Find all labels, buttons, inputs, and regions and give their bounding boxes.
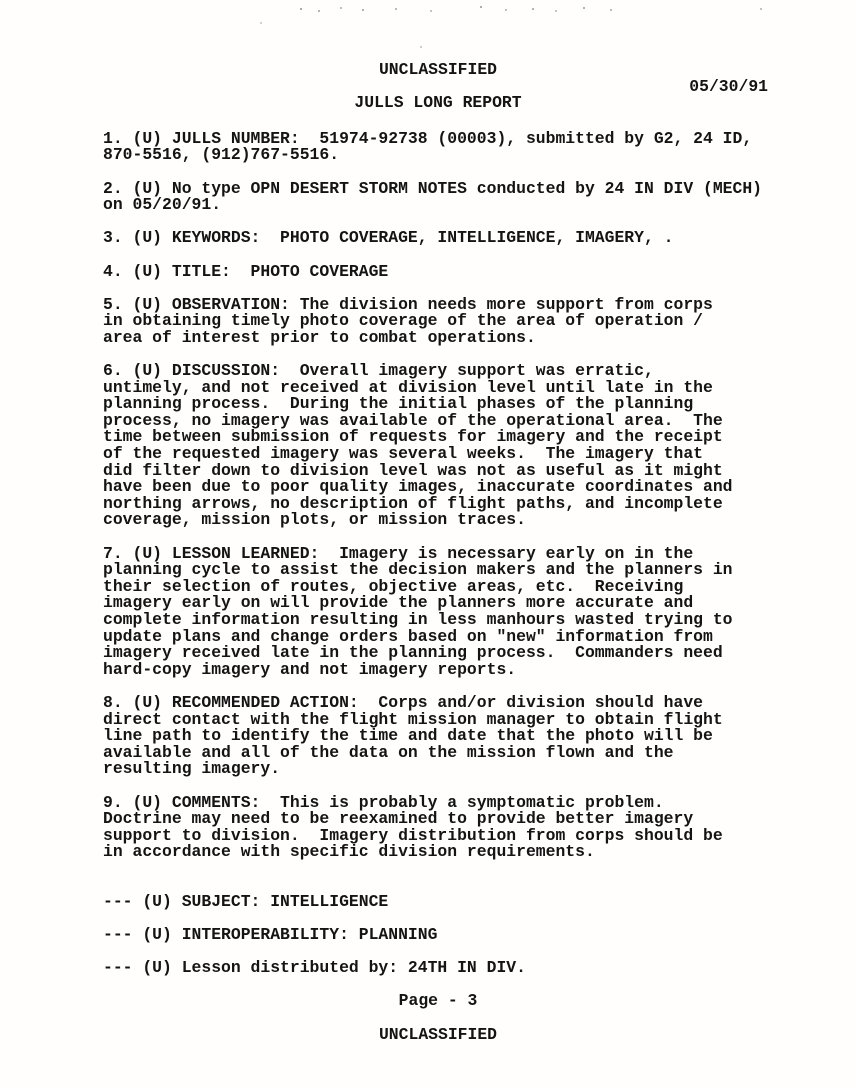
page-number: Page - 3 — [103, 993, 773, 1010]
paragraph-comments: 9. (U) COMMENTS: This is probably a symp… — [103, 795, 773, 861]
classification-banner-bottom: UNCLASSIFIED — [103, 1027, 773, 1044]
paragraph-operation-notes: 2. (U) No type OPN DESERT STORM NOTES co… — [103, 181, 773, 214]
distribution-line-distributed-by: --- (U) Lesson distributed by: 24TH IN D… — [103, 960, 773, 977]
paragraph-julls-number: 1. (U) JULLS NUMBER: 51974-92738 (00003)… — [103, 131, 773, 164]
paragraph-keywords: 3. (U) KEYWORDS: PHOTO COVERAGE, INTELLI… — [103, 230, 773, 247]
distribution-line-interoperability: --- (U) INTEROPERABILITY: PLANNING — [103, 927, 773, 944]
document-page: 05/30/91 UNCLASSIFIED JULLS LONG REPORT … — [0, 0, 856, 1088]
paragraph-recommended-action: 8. (U) RECOMMENDED ACTION: Corps and/or … — [103, 695, 773, 778]
paragraph-observation: 5. (U) OBSERVATION: The division needs m… — [103, 297, 773, 347]
scan-noise-artifacts — [300, 8, 302, 10]
paragraph-lesson-learned: 7. (U) LESSON LEARNED: Imagery is necess… — [103, 546, 773, 679]
distribution-block: --- (U) SUBJECT: INTELLIGENCE --- (U) IN… — [103, 894, 773, 977]
document-content: UNCLASSIFIED JULLS LONG REPORT 1. (U) JU… — [103, 62, 773, 1043]
report-title: JULLS LONG REPORT — [103, 95, 773, 112]
paragraph-title: 4. (U) TITLE: PHOTO COVERAGE — [103, 264, 773, 281]
distribution-line-subject: --- (U) SUBJECT: INTELLIGENCE — [103, 894, 773, 911]
classification-banner-top: UNCLASSIFIED — [103, 62, 773, 79]
paragraph-discussion: 6. (U) DISCUSSION: Overall imagery suppo… — [103, 363, 773, 529]
